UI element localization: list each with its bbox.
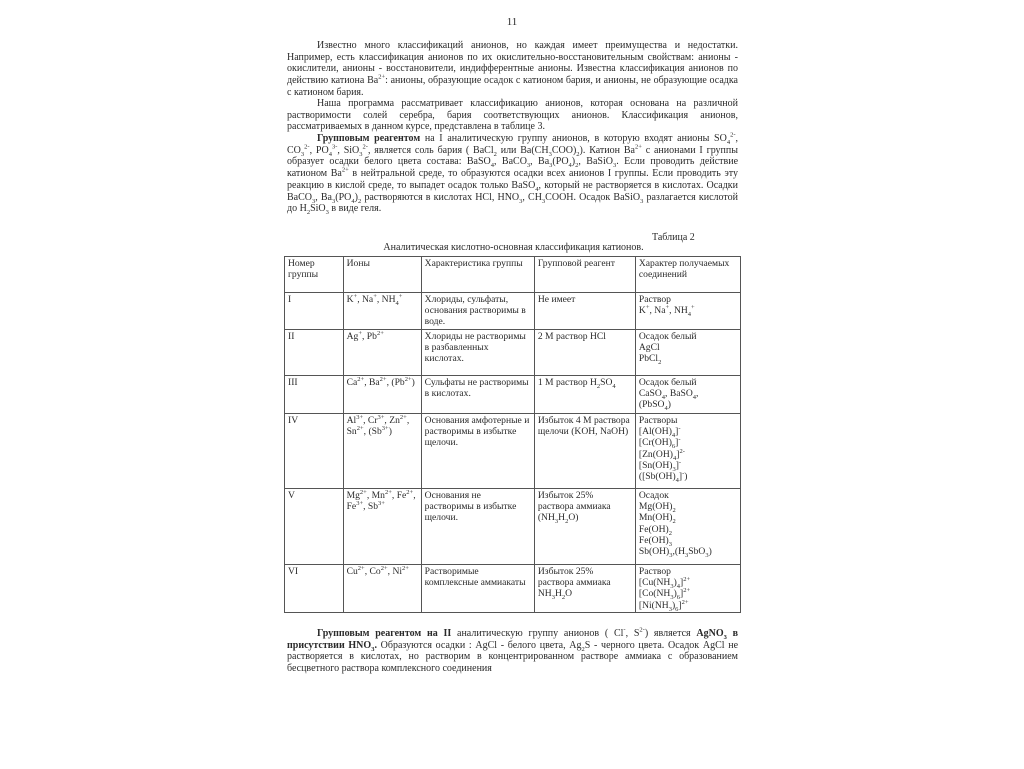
cell-reagent: Не имеет (534, 293, 635, 330)
paragraph-text: Наша программа рассматривает классификац… (287, 98, 738, 132)
table-row: IVAl3+, Cr3+, Zn2+, Sn2+, (Sb3+)Основани… (285, 414, 741, 489)
paragraph-group-reagent-2: Групповым реагентом на II аналитическую … (287, 628, 738, 675)
cell-ions: Al3+, Cr3+, Zn2+, Sn2+, (Sb3+) (343, 414, 421, 489)
cell-ions: Mg2+, Mn2+, Fe2+, Fe3+, Sb3+ (343, 489, 421, 565)
cell-ions: K+, Na+, NH4+ (343, 293, 421, 330)
cell-characteristic: Сульфаты не растворимы в кислотах. (421, 376, 534, 414)
table-row: IIICa2+, Ba2+, (Pb2+)Сульфаты не раствор… (285, 376, 741, 414)
cell-characteristic: Хлориды не растворимы в разбавленных кис… (421, 330, 534, 376)
cell-group-number: II (285, 330, 344, 376)
cell-reagent: Избыток 25% раствора аммиака NH3H2O (534, 565, 635, 613)
cell-compounds: Растворы[Al(OH)4]-[Cr(OH)6]-[Zn(OH)4]2-[… (635, 414, 740, 489)
header-compounds: Характер получаемых соединений (635, 257, 740, 293)
cell-reagent: 2 М раствор HCl (534, 330, 635, 376)
cell-reagent: 1 М раствор H2SO4 (534, 376, 635, 414)
cell-characteristic: Основания не растворимы в избытке щелочи… (421, 489, 534, 565)
bold-lead: Групповым реагентом (317, 133, 420, 144)
cell-ions: Ca2+, Ba2+, (Pb2+) (343, 376, 421, 414)
cell-compounds: РастворK+, Na+, NH4+ (635, 293, 740, 330)
table-row: IIAg+, Pb2+Хлориды не растворимы в разба… (285, 330, 741, 376)
cell-compounds: ОсадокMg(OH)2Mn(OH)2Fe(OH)2Fe(OH)3Sb(OH)… (635, 489, 740, 565)
header-reagent: Групповой реагент (534, 257, 635, 293)
cell-group-number: I (285, 293, 344, 330)
cell-compounds: Осадок белыйAgClPbCl2 (635, 330, 740, 376)
cell-characteristic: Хлориды, сульфаты, основания растворимы … (421, 293, 534, 330)
paragraph-text: Известно много классификаций анионов, но… (287, 40, 738, 98)
table-row: VICu2+, Co2+, Ni2+Растворимые комплексны… (285, 565, 741, 613)
cell-ions: Cu2+, Co2+, Ni2+ (343, 565, 421, 613)
cell-group-number: V (285, 489, 344, 565)
table-body: IK+, Na+, NH4+Хлориды, сульфаты, основан… (285, 293, 741, 613)
cell-characteristic: Основания амфотерные и растворимы в избы… (421, 414, 534, 489)
header-characteristic: Характеристика группы (421, 257, 534, 293)
cell-compounds: Осадок белыйCaSO4, BaSO4,(PbSO4) (635, 376, 740, 414)
cation-classification-table: Номер группы Ионы Характеристика группы … (284, 256, 741, 613)
cell-group-number: VI (285, 565, 344, 613)
cell-reagent: Избыток 25% раствора аммиака (NH3H2O) (534, 489, 635, 565)
header-ions: Ионы (343, 257, 421, 293)
paragraph-anion-classifications: Известно много классификаций анионов, но… (287, 40, 738, 99)
paragraph-text: аналитическую группу анионов ( Cl-, S2-)… (451, 628, 696, 639)
table-title: Аналитическая кислотно-основная классифи… (287, 242, 740, 253)
cell-compounds: Раствор[Cu(NH3)4]2+[Co(NH3)6]2+[Ni(NH3)6… (635, 565, 740, 613)
table-row: VMg2+, Mn2+, Fe2+, Fe3+, Sb3+Основания н… (285, 489, 741, 565)
cell-characteristic: Растворимые комплексные аммиакаты (421, 565, 534, 613)
cell-group-number: III (285, 376, 344, 414)
paragraph-text: на I аналитическую группу анионов, в кот… (287, 133, 738, 214)
header-group-number: Номер группы (285, 257, 344, 293)
paragraph-group-reagent-1: Групповым реагентом на I аналитическую г… (287, 133, 738, 215)
cell-group-number: IV (285, 414, 344, 489)
page-number: 11 (0, 16, 1024, 28)
cell-ions: Ag+, Pb2+ (343, 330, 421, 376)
paragraph-program-classification: Наша программа рассматривает классификац… (287, 98, 738, 133)
cell-reagent: Избыток 4 М раствора щелочи (KOH, NaOH) (534, 414, 635, 489)
table-header-row: Номер группы Ионы Характеристика группы … (285, 257, 741, 293)
document-page: 11 Известно много классификаций анионов,… (0, 0, 1024, 769)
table-row: IK+, Na+, NH4+Хлориды, сульфаты, основан… (285, 293, 741, 330)
bold-lead: Групповым реагентом на II (317, 628, 451, 639)
